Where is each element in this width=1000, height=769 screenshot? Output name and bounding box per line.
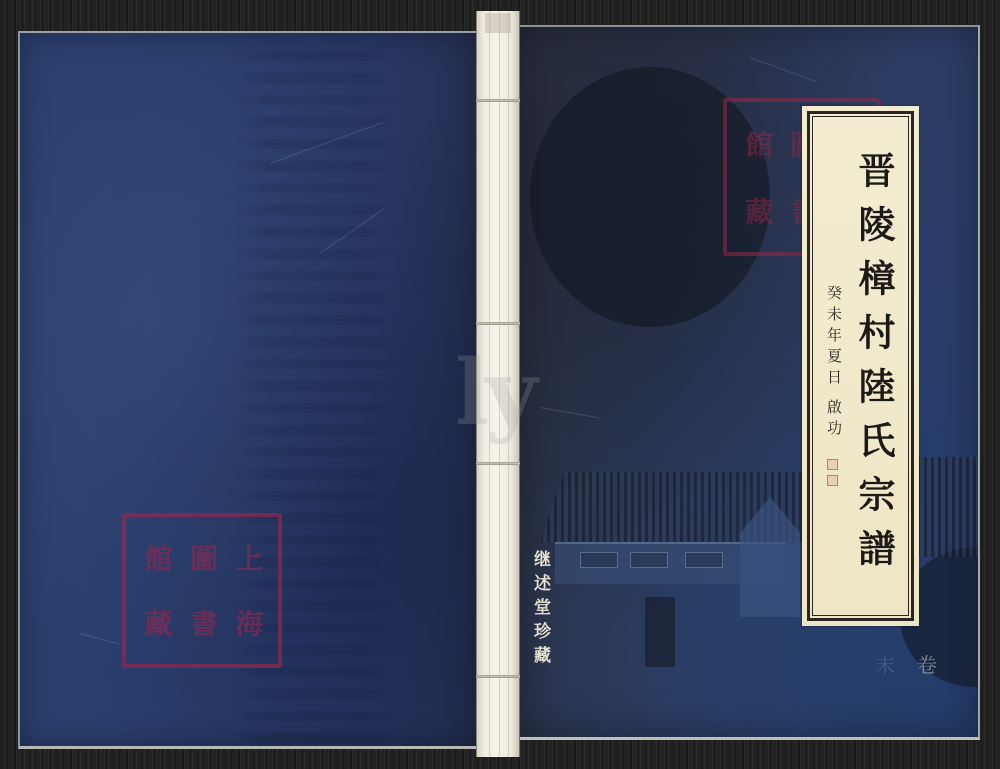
binding-thread [475,322,523,325]
back-cover: 館 圖 上 藏 書 海 [18,31,478,749]
building-window [630,552,668,568]
building-door [645,597,675,667]
binding-thread [475,675,523,678]
seal-glyph: 館 [143,544,171,572]
seal-glyph: 圖 [188,544,216,572]
building-roof-right [910,457,980,557]
seal-glyph: 藏 [743,197,771,225]
book-title: 晋陵樟村陸氏宗譜 [855,151,892,583]
seal-glyph: 館 [743,130,771,158]
binding-thread [475,462,523,465]
scratch-mark [540,407,599,418]
volume-marker-faint: 末 [875,649,895,678]
title-place: 晋陵 [852,151,896,259]
seal-glyph: 藏 [143,609,171,637]
scratch-mark [750,57,816,82]
title-label: 晋陵樟村陸氏宗譜 癸未年夏日 啟功 [802,106,919,626]
calligrapher-signature: 啟功 [824,399,845,441]
title-colophon-date: 癸未年夏日 [824,285,845,390]
title-text: 樟村陸氏宗譜 [852,259,896,583]
calligrapher-seal-icon [827,459,838,470]
building-window [685,552,723,568]
title-frame-outer: 晋陵樟村陸氏宗譜 癸未年夏日 啟功 [807,111,914,621]
scratch-mark [80,633,119,644]
calligrapher-seal-icon [827,475,838,486]
seal-glyph: 上 [233,544,261,572]
seal-glyph: 書 [188,609,216,637]
volume-marker: 末 卷 [875,649,937,678]
title-frame-inner: 晋陵樟村陸氏宗譜 癸未年夏日 啟功 [812,116,909,616]
watermark: ly [455,340,533,446]
collection-inscription: 继述堂珍藏 [528,550,553,670]
library-seal-back: 館 圖 上 藏 書 海 [122,513,282,668]
building-window [580,552,618,568]
binding-thread [475,99,523,102]
seal-glyph: 海 [233,609,261,637]
volume-marker-label: 卷 [917,649,937,678]
